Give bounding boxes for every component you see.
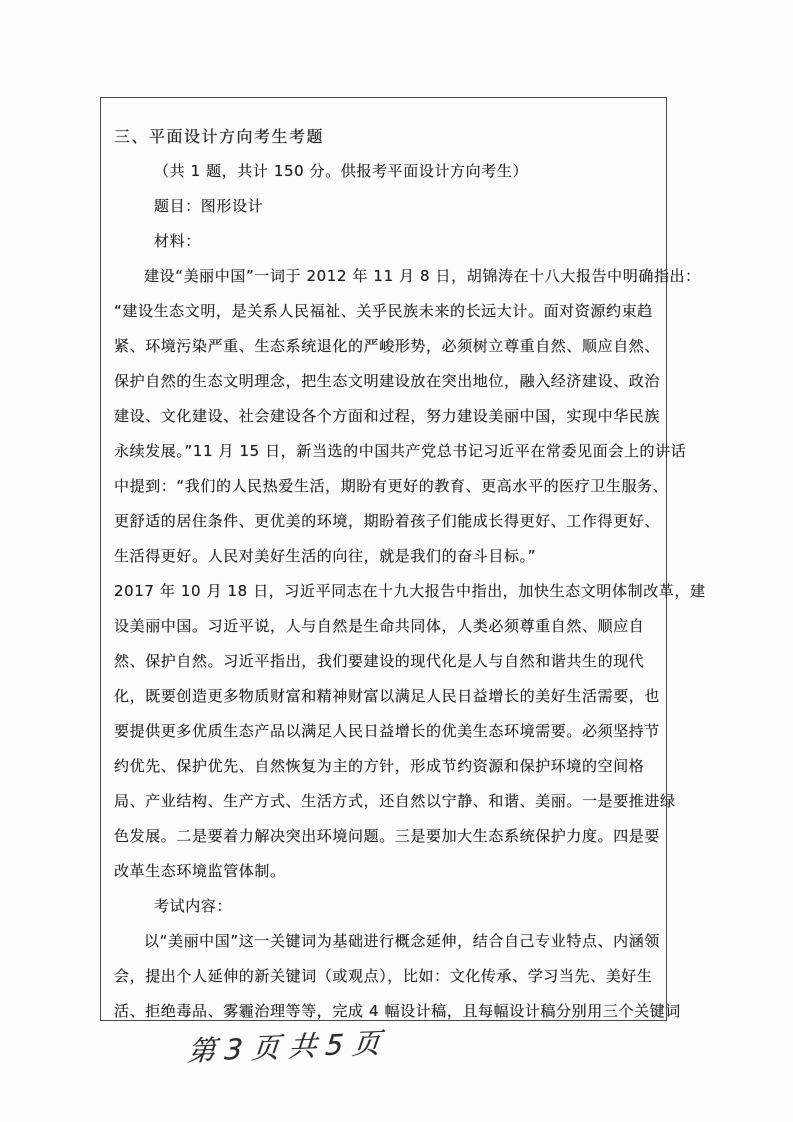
section-title: 三、平面设计方向考生考题	[114, 119, 662, 154]
text-line: “建设生态文明，是关系人民福祉、关乎民族未来的长远大计。面对资源约束趋	[114, 294, 662, 329]
page-number-handwritten: 第3页共5页	[186, 1021, 391, 1070]
text-line: 要提供更多优质生态产品以满足人民日益增长的优美生态环境需要。必须坚持节	[114, 714, 662, 749]
text-line: 局、产业结构、生产方式、生活方式，还自然以宁静、和谐、美丽。一是要推进绿	[114, 784, 662, 819]
text-line: 材料：	[114, 224, 662, 259]
text-line: 化，既要创造更多物质财富和精神财富以满足人民日益增长的美好生活需要，也	[114, 679, 662, 714]
document-text: 三、平面设计方向考生考题（共 1 题，共计 150 分。供报考平面设计方向考生）…	[114, 119, 662, 1029]
text-line: 考试内容：	[114, 889, 662, 924]
text-line: 更舒适的居住条件、更优美的环境，期盼着孩子们能成长得更好、工作得更好、	[114, 504, 662, 539]
text-line: 会，提出个人延伸的新关键词（或观点），比如：文化传承、学习当先、美好生	[114, 959, 662, 994]
text-line: 然、保护自然。习近平指出，我们要建设的现代化是人与自然和谐共生的现代	[114, 644, 662, 679]
text-line: 保护自然的生态文明理念，把生态文明建设放在突出地位，融入经济建设、政治	[114, 364, 662, 399]
text-line: 约优先、保护优先、自然恢复为主的方针，形成节约资源和保护环境的空间格	[114, 749, 662, 784]
exam-document-frame: 三、平面设计方向考生考题（共 1 题，共计 150 分。供报考平面设计方向考生）…	[100, 97, 667, 1021]
text-line: 生活得更好。人民对美好生活的向往，就是我们的奋斗目标。”	[114, 539, 662, 574]
text-line: 设美丽中国。习近平说，人与自然是生命共同体，人类必须尊重自然、顺应自	[114, 609, 662, 644]
text-line: 紧、环境污染严重、生态系统退化的严峻形势，必须树立尊重自然、顺应自然、	[114, 329, 662, 364]
text-line: 中提到：“我们的人民热爱生活，期盼有更好的教育、更高水平的医疗卫生服务、	[114, 469, 662, 504]
text-line: 2017 年 10 月 18 日，习近平同志在十九大报告中指出，加快生态文明体制…	[114, 574, 662, 609]
text-line: 色发展。二是要着力解决突出环境问题。三是要加大生态系统保护力度。四是要	[114, 819, 662, 854]
text-line: （共 1 题，共计 150 分。供报考平面设计方向考生）	[114, 154, 662, 189]
text-line: 题目：图形设计	[114, 189, 662, 224]
text-line: 以“美丽中国”这一关键词为基础进行概念延伸，结合自己专业特点、内涵领	[114, 924, 662, 959]
text-line: 建设“美丽中国”一词于 2012 年 11 月 8 日，胡锦涛在十八大报告中明确…	[114, 259, 662, 294]
text-line: 改革生态环境监管体制。	[114, 854, 662, 889]
text-line: 永续发展。”11 月 15 日，新当选的中国共产党总书记习近平在常委见面会上的讲…	[114, 434, 662, 469]
text-line: 建设、文化建设、社会建设各个方面和过程，努力建设美丽中国，实现中华民族	[114, 399, 662, 434]
